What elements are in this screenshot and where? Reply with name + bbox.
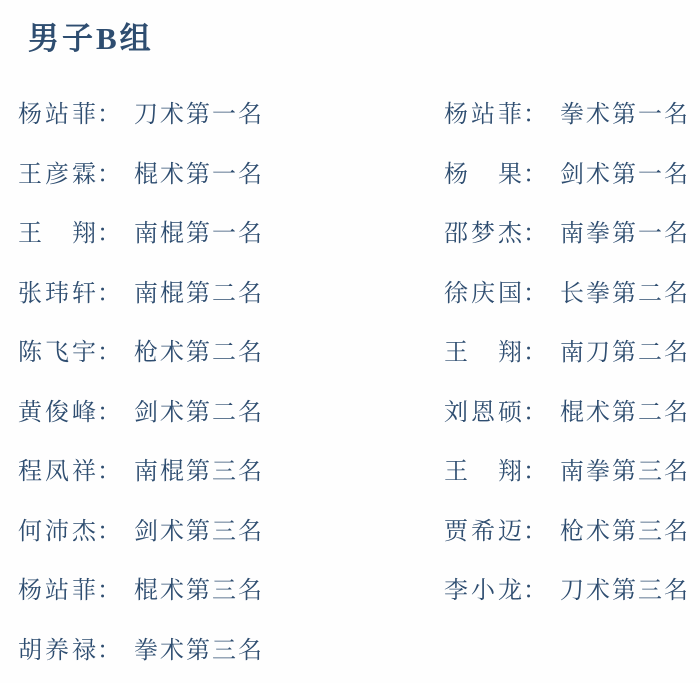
colon-separator: ： <box>97 451 121 486</box>
result-text: 棍术第三名 <box>134 570 264 605</box>
result-text: 剑术第三名 <box>134 511 264 546</box>
colon-separator: ： <box>97 570 121 605</box>
result-text: 长拳第二名 <box>560 273 690 308</box>
colon-separator: ： <box>523 94 547 129</box>
result-row: 杨站菲：刀术第一名 <box>18 82 264 142</box>
athlete-name: 李小龙 <box>444 570 522 605</box>
athlete-name: 杨站菲 <box>18 94 96 129</box>
result-row: 程凤祥：南棍第三名 <box>18 439 264 499</box>
result-row: 刘恩硕：棍术第二名 <box>444 380 690 440</box>
colon-separator: ： <box>97 511 121 546</box>
result-row: 贾希迈：枪术第三名 <box>444 499 690 559</box>
result-text: 拳术第三名 <box>134 630 264 665</box>
left-column: 杨站菲：刀术第一名 王彦霖：棍术第一名 王翔：南棍第一名 张玮轩：南棍第二名 陈… <box>18 82 264 677</box>
result-text: 南拳第三名 <box>560 451 690 486</box>
colon-separator: ： <box>523 511 547 546</box>
colon-separator: ： <box>523 570 547 605</box>
result-text: 剑术第一名 <box>560 154 690 189</box>
colon-separator: ： <box>523 154 547 189</box>
colon-separator: ： <box>97 213 121 248</box>
result-text: 南刀第二名 <box>560 332 690 367</box>
colon-separator: ： <box>523 451 547 486</box>
result-text: 刀术第一名 <box>134 94 264 129</box>
result-row: 胡养禄：拳术第三名 <box>18 618 264 678</box>
result-row: 杨果：剑术第一名 <box>444 142 690 202</box>
result-row: 邵梦杰：南拳第一名 <box>444 201 690 261</box>
colon-separator: ： <box>97 332 121 367</box>
result-row: 王翔：南刀第二名 <box>444 320 690 380</box>
result-row: 杨站菲：棍术第三名 <box>18 558 264 618</box>
result-text: 南棍第二名 <box>134 273 264 308</box>
colon-separator: ： <box>523 332 547 367</box>
athlete-name: 杨果 <box>444 154 522 189</box>
right-column: 杨站菲：拳术第一名 杨果：剑术第一名 邵梦杰：南拳第一名 徐庆国：长拳第二名 王… <box>444 82 690 618</box>
result-text: 南棍第一名 <box>134 213 264 248</box>
colon-separator: ： <box>97 94 121 129</box>
result-text: 棍术第一名 <box>134 154 264 189</box>
result-row: 何沛杰：剑术第三名 <box>18 499 264 559</box>
colon-separator: ： <box>97 630 121 665</box>
colon-separator: ： <box>97 392 121 427</box>
result-row: 陈飞宇：枪术第二名 <box>18 320 264 380</box>
page-title: 男子B组 <box>28 20 154 58</box>
athlete-name: 陈飞宇 <box>18 332 96 367</box>
result-row: 徐庆国：长拳第二名 <box>444 261 690 321</box>
athlete-name: 程凤祥 <box>18 451 96 486</box>
athlete-name: 王翔 <box>444 451 522 486</box>
result-text: 枪术第三名 <box>560 511 690 546</box>
result-row: 杨站菲：拳术第一名 <box>444 82 690 142</box>
result-text: 棍术第二名 <box>560 392 690 427</box>
result-row: 李小龙：刀术第三名 <box>444 558 690 618</box>
athlete-name: 王翔 <box>444 332 522 367</box>
athlete-name: 杨站菲 <box>444 94 522 129</box>
result-text: 南棍第三名 <box>134 451 264 486</box>
athlete-name: 何沛杰 <box>18 511 96 546</box>
result-text: 刀术第三名 <box>560 570 690 605</box>
result-row: 王翔：南棍第一名 <box>18 201 264 261</box>
result-row: 王翔：南拳第三名 <box>444 439 690 499</box>
document-page: 男子B组 杨站菲：刀术第一名 王彦霖：棍术第一名 王翔：南棍第一名 张玮轩：南棍… <box>0 0 700 683</box>
athlete-name: 黄俊峰 <box>18 392 96 427</box>
result-text: 南拳第一名 <box>560 213 690 248</box>
result-text: 枪术第二名 <box>134 332 264 367</box>
result-row: 王彦霖：棍术第一名 <box>18 142 264 202</box>
colon-separator: ： <box>523 392 547 427</box>
athlete-name: 胡养禄 <box>18 630 96 665</box>
result-row: 黄俊峰：剑术第二名 <box>18 380 264 440</box>
athlete-name: 邵梦杰 <box>444 213 522 248</box>
colon-separator: ： <box>523 213 547 248</box>
athlete-name: 张玮轩 <box>18 273 96 308</box>
colon-separator: ： <box>97 154 121 189</box>
colon-separator: ： <box>523 273 547 308</box>
athlete-name: 刘恩硕 <box>444 392 522 427</box>
athlete-name: 王翔 <box>18 213 96 248</box>
result-row: 张玮轩：南棍第二名 <box>18 261 264 321</box>
athlete-name: 徐庆国 <box>444 273 522 308</box>
result-text: 拳术第一名 <box>560 94 690 129</box>
result-text: 剑术第二名 <box>134 392 264 427</box>
colon-separator: ： <box>97 273 121 308</box>
athlete-name: 杨站菲 <box>18 570 96 605</box>
athlete-name: 王彦霖 <box>18 154 96 189</box>
athlete-name: 贾希迈 <box>444 511 522 546</box>
